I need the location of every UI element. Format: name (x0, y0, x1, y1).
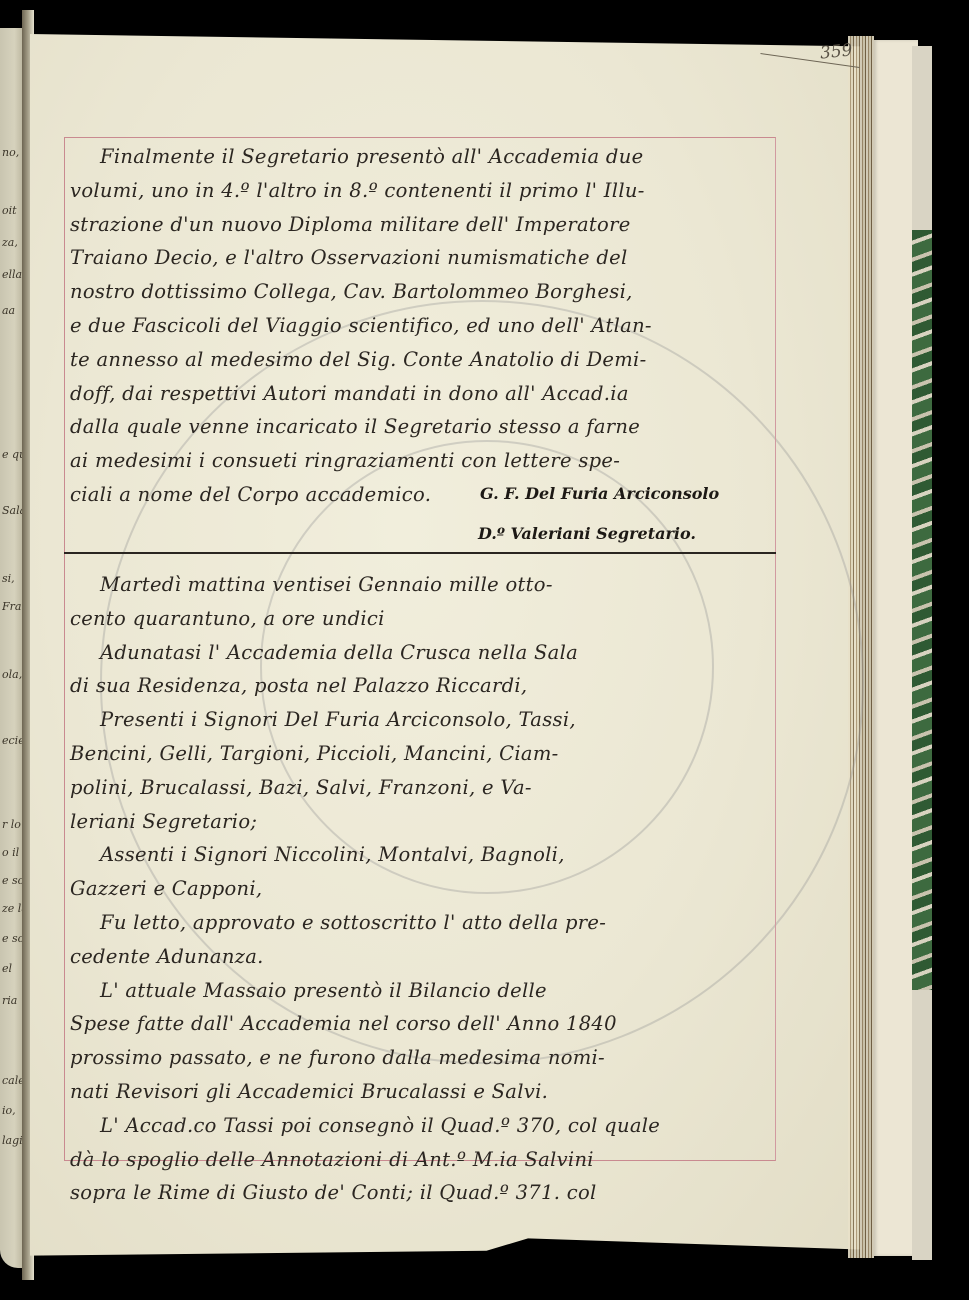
text-line: ai medesimi i consueti ringraziamenti co… (70, 444, 770, 478)
left-facing-page: no, oit za, ella aa e qu Sala si, Fra ol… (0, 28, 24, 1268)
left-fragment: ella (2, 268, 22, 281)
left-page-text-fragments: no, oit za, ella aa e qu Sala si, Fra ol… (0, 28, 24, 1268)
text-line: L' attuale Massaio presentò il Bilancio … (70, 974, 770, 1008)
text-line: L' Accad.co Tassi poi consegnò il Quad.º… (70, 1109, 770, 1143)
left-fragment: io, (2, 1104, 22, 1117)
left-fragment: si, (2, 572, 22, 585)
entry-separator-rule (64, 552, 776, 554)
text-line: volumi, uno in 4.º l'altro in 8.º conten… (70, 174, 770, 208)
text-line: doff, dai respettivi Autori mandati in d… (70, 377, 770, 411)
text-line: te annesso al medesimo del Sig. Conte An… (70, 343, 770, 377)
text-line: strazione d'un nuovo Diploma militare de… (70, 208, 770, 242)
text-line: e due Fascicoli del Viaggio scientifico,… (70, 309, 770, 343)
text-line: Bencini, Gelli, Targioni, Piccioli, Manc… (70, 737, 770, 771)
left-fragment: o il (2, 846, 22, 859)
left-fragment: ria (2, 994, 22, 1007)
left-fragment: aa (2, 304, 22, 317)
signature-segretario: D.º Valeriani Segretario. (478, 524, 696, 543)
text-line: sopra le Rime di Giusto de' Conti; il Qu… (70, 1176, 770, 1210)
marbled-cover-pattern (912, 230, 932, 990)
left-fragment: ze la (2, 902, 22, 915)
text-line: Spese fatte dall' Accademia nel corso de… (70, 1007, 770, 1041)
left-fragment: e sol (2, 932, 22, 945)
text-line: dà lo spoglio delle Annotazioni di Ant.º… (70, 1143, 770, 1177)
text-line: nati Revisori gli Accademici Brucalassi … (70, 1075, 770, 1109)
text-line: nostro dottissimo Collega, Cav. Bartolom… (70, 275, 770, 309)
left-fragment: Fra (2, 600, 22, 613)
left-fragment: ola, (2, 668, 22, 681)
left-fragment: e sol (2, 874, 22, 887)
text-line: Fu letto, approvato e sottoscritto l' at… (70, 906, 770, 940)
text-line: dalla quale venne incaricato il Segretar… (70, 410, 770, 444)
text-line: Presenti i Signori Del Furia Arciconsolo… (70, 703, 770, 737)
manuscript-scan: no, oit za, ella aa e qu Sala si, Fra ol… (0, 0, 969, 1300)
signature-arciconsolo: G. F. Del Furia Arciconsolo (480, 484, 719, 503)
left-fragment: Sala (2, 504, 22, 517)
entry-two: Martedì mattina ventisei Gennaio mille o… (70, 568, 770, 1210)
left-fragment: r lo (2, 818, 22, 831)
text-line: Gazzeri e Capponi, (70, 872, 770, 906)
folio-number: 359 (819, 40, 853, 63)
text-line: Martedì mattina ventisei Gennaio mille o… (70, 568, 770, 602)
text-line: cedente Adunanza. (70, 940, 770, 974)
text-line: prossimo passato, e ne furono dalla mede… (70, 1041, 770, 1075)
left-fragment: no, (2, 146, 22, 159)
text-line: Assenti i Signori Niccolini, Montalvi, B… (70, 838, 770, 872)
left-fragment: cale (2, 1074, 22, 1087)
text-line: Adunatasi l' Accademia della Crusca nell… (70, 636, 770, 670)
text-line: Traiano Decio, e l'altro Osservazioni nu… (70, 241, 770, 275)
text-line: Finalmente il Segretario presentò all' A… (70, 140, 770, 174)
entry-one: Finalmente il Segretario presentò all' A… (70, 140, 770, 512)
left-fragment: oit (2, 204, 22, 217)
left-fragment: za, (2, 236, 22, 249)
left-fragment: e qu (2, 448, 22, 461)
text-line: di sua Residenza, posta nel Palazzo Ricc… (70, 669, 770, 703)
text-line: cento quarantuno, a ore undici (70, 602, 770, 636)
left-fragment: el (2, 962, 22, 975)
left-fragment: ecie (2, 734, 22, 747)
text-line: leriani Segretario; (70, 805, 770, 839)
text-line: polini, Brucalassi, Bazi, Salvi, Franzon… (70, 771, 770, 805)
left-fragment: lagi (2, 1134, 22, 1147)
